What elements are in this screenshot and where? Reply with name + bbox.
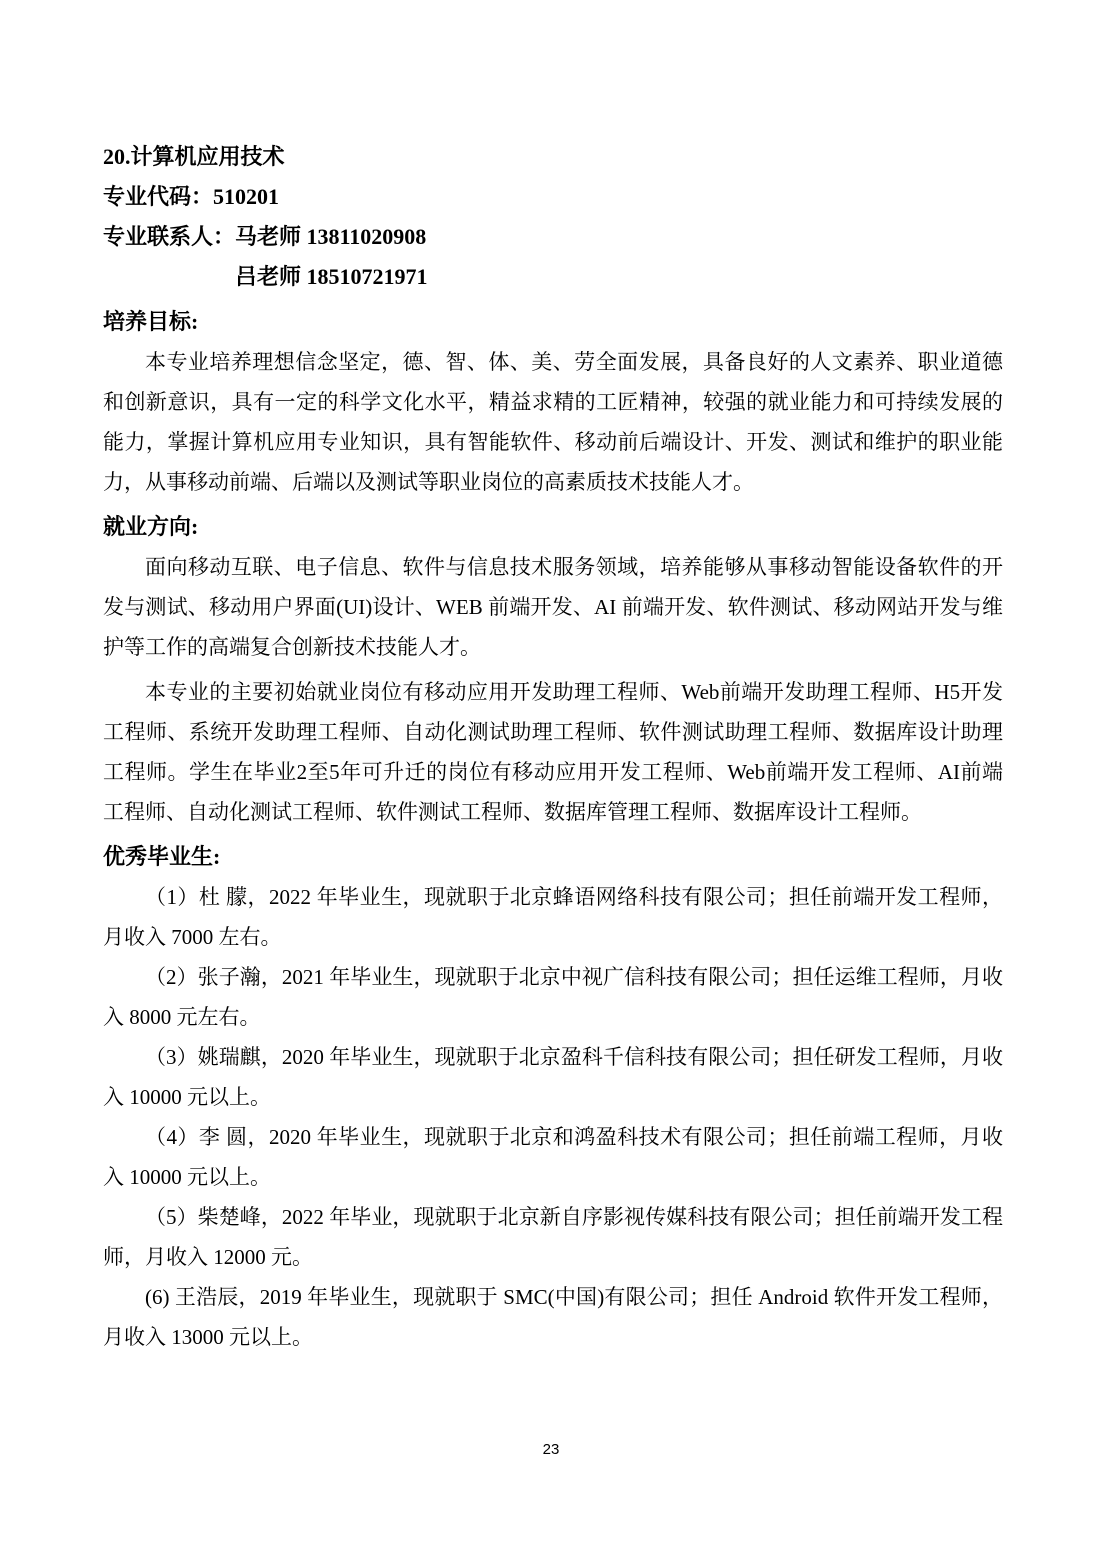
document-page: 20.计算机应用技术 专业代码：510201 专业联系人：马老师 1381102…: [0, 0, 1102, 1559]
section-heading-training-objectives: 培养目标:: [103, 302, 1003, 342]
major-code-label: 专业代码：: [103, 184, 213, 209]
major-code-line: 专业代码：510201: [103, 177, 1003, 217]
graduate-item-1: （1）杜 朦，2022 年毕业生，现就职于北京蜂语网络科技有限公司；担任前端开发…: [103, 877, 1003, 957]
contact-label: 专业联系人：: [103, 224, 235, 249]
contact-teacher-1: 马老师 13811020908: [235, 224, 426, 249]
graduate-item-3: （3）姚瑞麒，2020 年毕业生，现就职于北京盈科千信科技有限公司；担任研发工程…: [103, 1037, 1003, 1117]
contact-line-1: 专业联系人：马老师 13811020908: [103, 217, 1003, 257]
section-heading-employment-direction: 就业方向:: [103, 507, 1003, 547]
major-code-value: 510201: [213, 184, 279, 209]
graduate-item-4: （4）李 圆，2020 年毕业生，现就职于北京和鸿盈科技术有限公司；担任前端工程…: [103, 1117, 1003, 1197]
section-heading-outstanding-graduates: 优秀毕业生:: [103, 837, 1003, 877]
contact-teacher-2: 吕老师 18510721971: [235, 264, 428, 289]
document-content: 20.计算机应用技术 专业代码：510201 专业联系人：马老师 1381102…: [103, 137, 1003, 1357]
training-objectives-paragraph: 本专业培养理想信念坚定，德、智、体、美、劳全面发展，具备良好的人文素养、职业道德…: [103, 342, 1003, 502]
employment-paragraph-2: 本专业的主要初始就业岗位有移动应用开发助理工程师、Web前端开发助理工程师、H5…: [103, 672, 1003, 832]
major-title: 20.计算机应用技术: [103, 137, 1003, 177]
employment-paragraph-1: 面向移动互联、电子信息、软件与信息技术服务领域，培养能够从事移动智能设备软件的开…: [103, 547, 1003, 667]
graduate-item-2: （2）张子瀚，2021 年毕业生，现就职于北京中视广信科技有限公司；担任运维工程…: [103, 957, 1003, 1037]
contact-line-2: 吕老师 18510721971: [103, 257, 1003, 297]
page-number: 23: [0, 1441, 1102, 1458]
graduate-item-5: （5）柴楚峰，2022 年毕业，现就职于北京新自序影视传媒科技有限公司；担任前端…: [103, 1197, 1003, 1277]
graduate-item-6: (6) 王浩辰，2019 年毕业生，现就职于 SMC(中国)有限公司；担任 An…: [103, 1277, 1003, 1357]
